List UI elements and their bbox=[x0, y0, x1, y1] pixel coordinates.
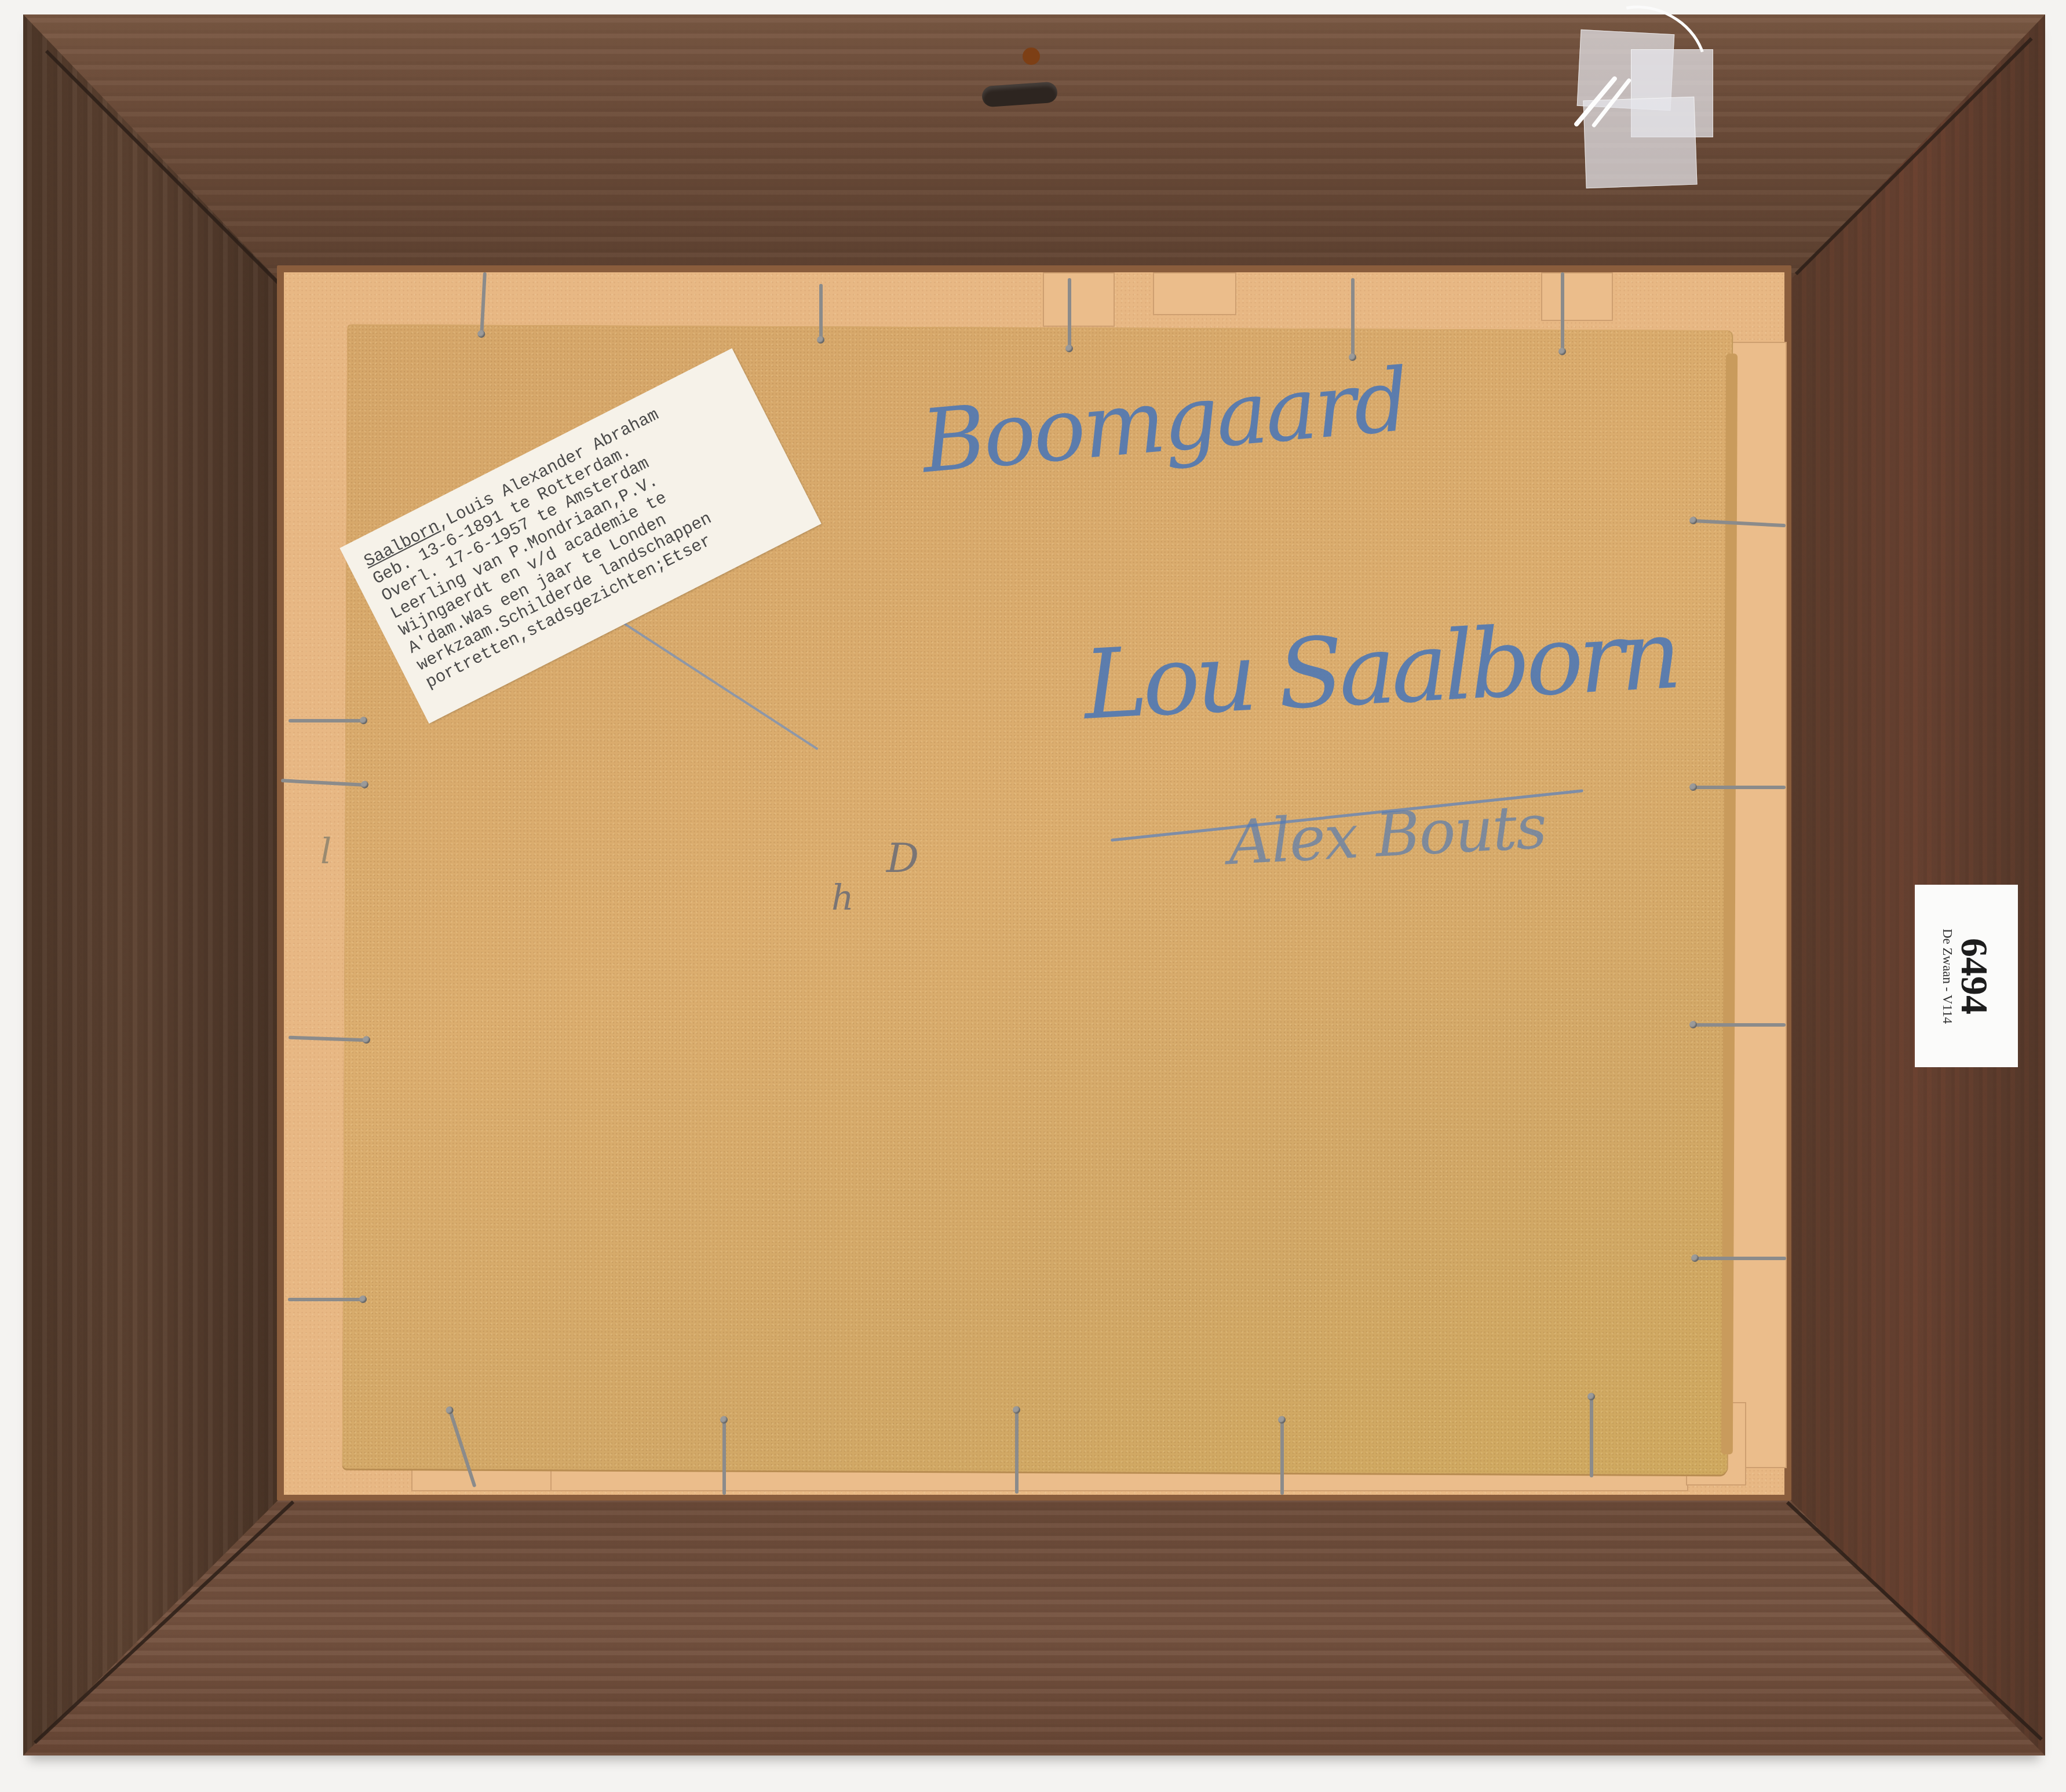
retaining-nail bbox=[289, 719, 364, 722]
screw-hole bbox=[1023, 48, 1040, 65]
pencil-mark: l bbox=[320, 831, 331, 872]
filler-strip bbox=[1729, 342, 1787, 1468]
retaining-nail bbox=[1280, 1419, 1284, 1495]
retaining-nail bbox=[1015, 1410, 1019, 1494]
pencil-mark: D bbox=[886, 834, 919, 882]
filler-strip bbox=[1043, 272, 1115, 327]
frame-left-rail bbox=[23, 14, 284, 1755]
retaining-nail bbox=[1068, 278, 1071, 351]
filler-strip bbox=[1153, 272, 1236, 315]
retaining-nail bbox=[1695, 1257, 1786, 1260]
retaining-nail bbox=[1561, 272, 1564, 353]
retaining-nail bbox=[722, 1419, 726, 1495]
filler-strip bbox=[1541, 272, 1613, 321]
frame-bottom-rail bbox=[23, 1495, 2045, 1755]
retaining-nail bbox=[1693, 1023, 1786, 1027]
retaining-nail bbox=[1590, 1396, 1593, 1477]
retaining-nail bbox=[819, 284, 823, 342]
lot-number: 6494 bbox=[1955, 889, 1993, 1063]
retaining-nail bbox=[1693, 786, 1786, 789]
tape-piece bbox=[1583, 97, 1697, 189]
retaining-nail bbox=[1351, 278, 1355, 359]
lot-number-tag: 6494 De Zwaan - V114 bbox=[1915, 885, 2018, 1067]
pencil-mark: h bbox=[831, 878, 854, 918]
lot-subtitle: De Zwaan - V114 bbox=[1940, 889, 1955, 1063]
retaining-nail bbox=[288, 1298, 363, 1301]
